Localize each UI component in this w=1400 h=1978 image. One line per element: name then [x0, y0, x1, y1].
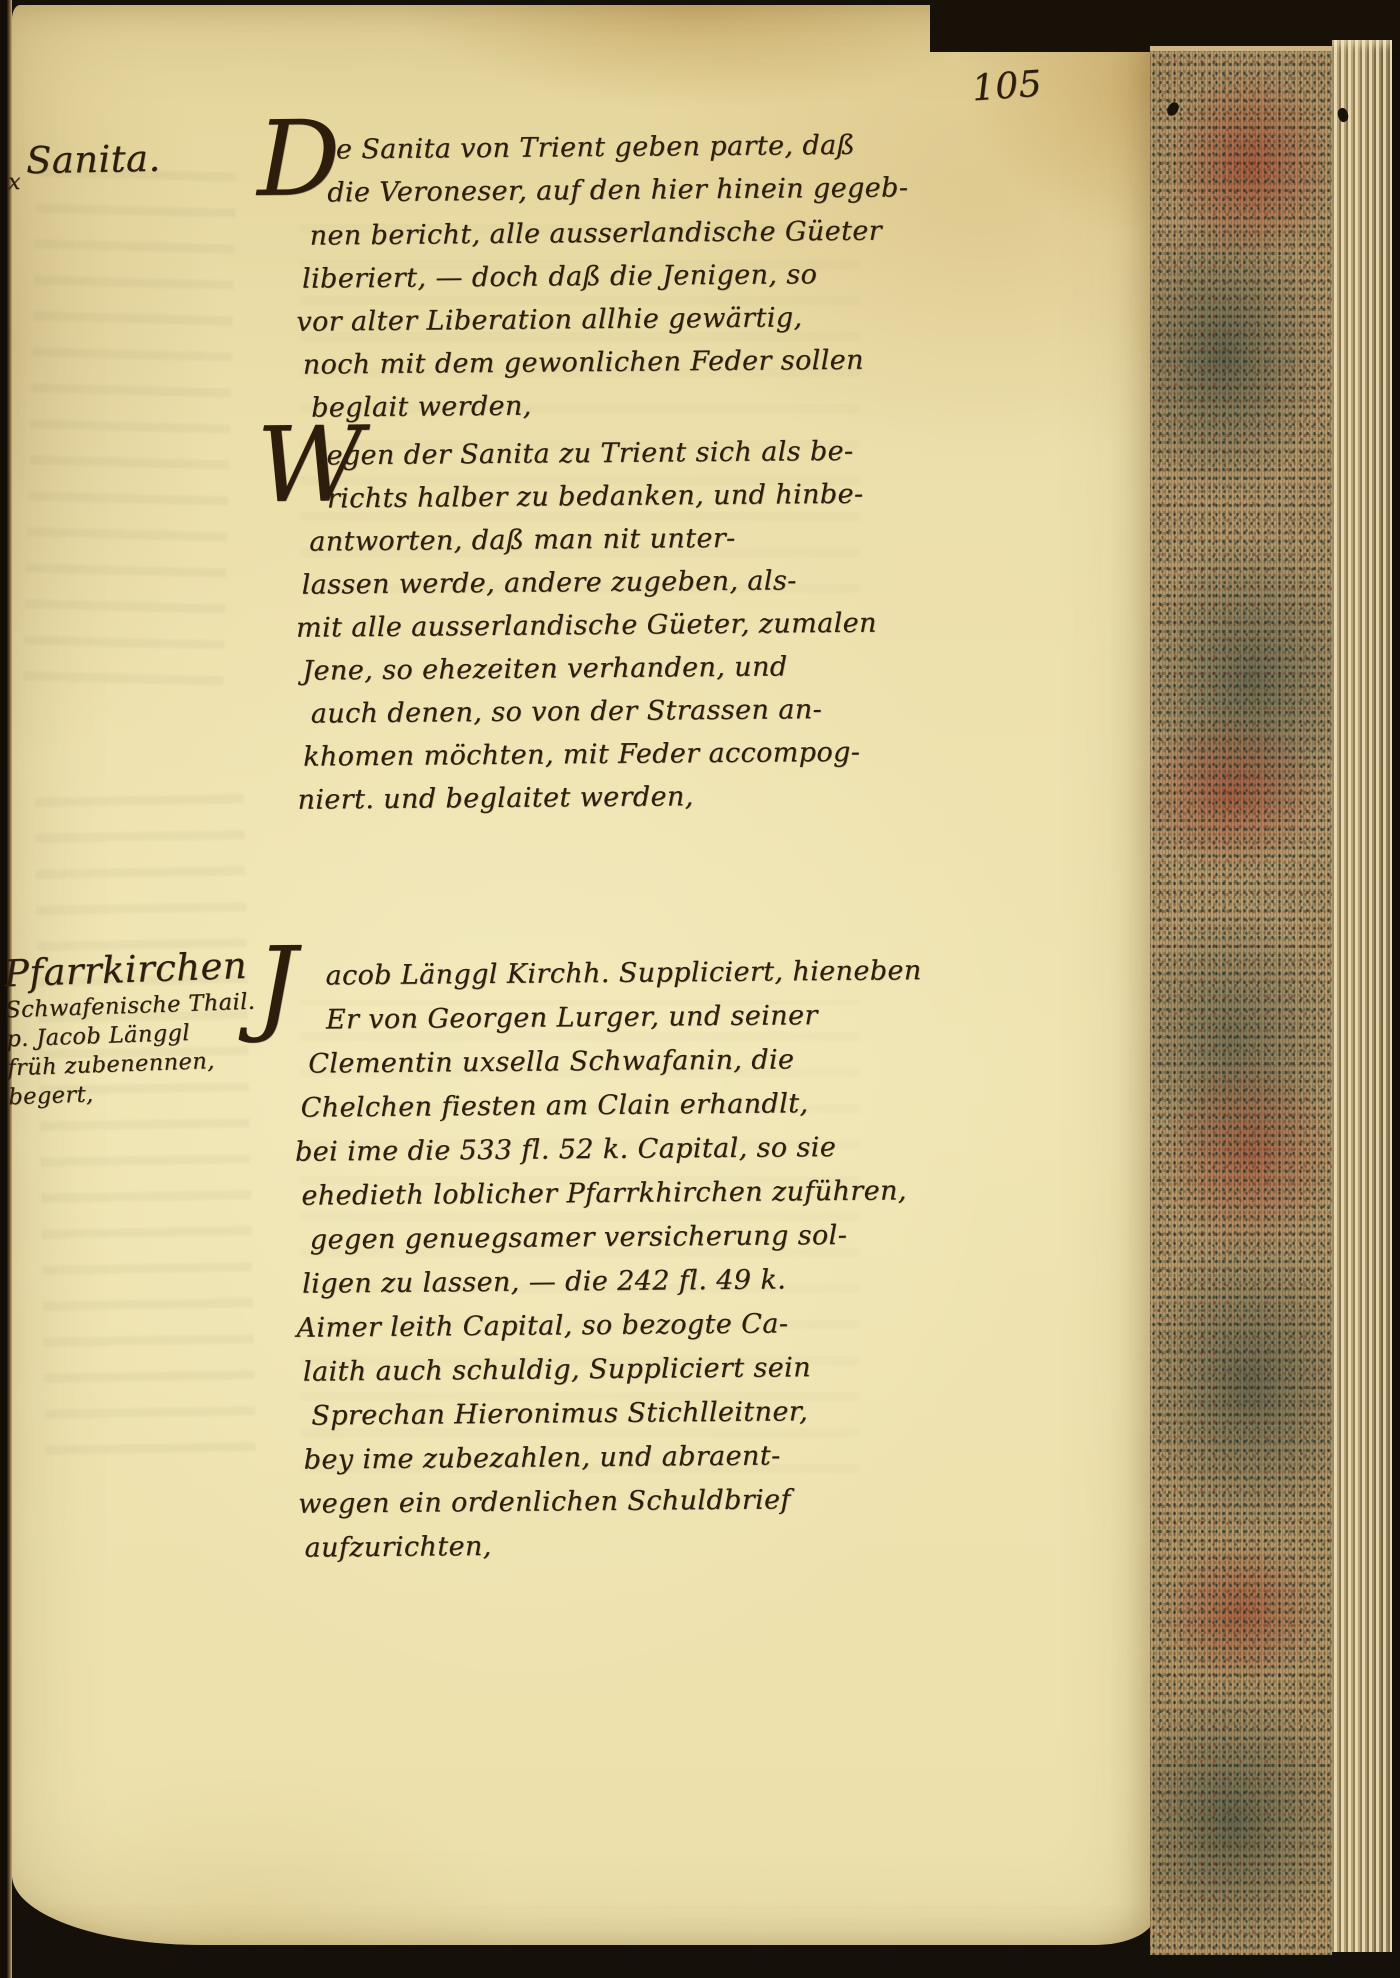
page-edges-strip: [1332, 40, 1392, 1952]
text-line: niert. und beglaitet werden,: [297, 773, 922, 821]
text-line: Clementin uxsella Schwafanin, die: [308, 1037, 919, 1086]
text-line: mit alle ausserlandische Güeter, zumalen: [296, 601, 921, 649]
entry-paragraph-pfarrkirchen: J acob Länggl Kirchh. Suppliciert, hiene…: [293, 949, 923, 1570]
margin-note-sanita: Sanita.: [26, 137, 161, 182]
text-line: khomen möchten, mit Feder accompog-: [303, 730, 922, 778]
text-line: liberiert, — doch daß die Jenigen, so: [302, 252, 921, 300]
text-line: richts halber zu bedanken, und hinbe-: [301, 472, 920, 520]
text-line: wegen ein ordenlichen Schuldbrief: [298, 1477, 923, 1526]
text-line: ligen zu lassen, — die 242 fl. 49 k.: [302, 1257, 921, 1306]
text-line: bey ime zubezahlen, und abraent-: [304, 1433, 923, 1482]
text-line: acob Länggl Kirchh. Suppliciert, hienebe…: [293, 949, 918, 998]
text-line: ie Sanita von Trient geben parte, daß: [295, 123, 920, 171]
text-line: Chelchen fiesten am Clain erhandlt,: [300, 1081, 919, 1130]
text-line: ehedieth loblicher Pfarrkhirchen zuführe…: [301, 1169, 920, 1218]
margin-note-pfarrkirchen: Pfarrkirchen Schwafenische Thail. p. Jac…: [3, 944, 258, 1113]
drop-cap-initial: J: [255, 948, 322, 1021]
text-line: egen der Sanita zu Trient sich als be-: [294, 429, 919, 477]
drop-cap-initial: W: [256, 428, 323, 501]
text-line: bei ime die 533 fl. 52 k. Capital, so si…: [295, 1125, 920, 1174]
text-line: die Veroneser, auf den hier hinein gegeb…: [301, 166, 920, 214]
margin-cross-mark: x: [8, 170, 21, 195]
text-line: aufzurichten,: [304, 1521, 923, 1570]
folio-number: 105: [971, 64, 1044, 110]
text-line: beglait werden,: [311, 381, 922, 429]
drop-cap-initial: D: [257, 122, 324, 195]
text-line: nen bericht, alle ausserlandische Güeter: [309, 209, 920, 257]
text-line: laith auch schuldig, Suppliciert sein: [303, 1345, 922, 1394]
background-top-shadow: [930, 0, 1400, 52]
text-line: lassen werde, andere zugeben, als-: [301, 558, 920, 606]
text-line: antworten, daß man nit unter-: [309, 515, 920, 563]
text-line: Aimer leith Capital, so bezogte Ca-: [296, 1301, 921, 1350]
text-line: auch denen, so von der Strassen an-: [311, 687, 922, 735]
book-fore-edge: [1150, 46, 1332, 1955]
text-line: Er von Georgen Lurger, und seiner: [300, 993, 919, 1042]
entry-paragraph-sanita-answer: W egen der Sanita zu Trient sich als be-…: [294, 429, 922, 821]
text-line: gegen genuegsamer versicherung sol-: [310, 1213, 921, 1262]
entry-paragraph-sanita-report: D ie Sanita von Trient geben parte, daß …: [295, 123, 923, 429]
text-line: Sprechan Hieronimus Stichlleitner,: [311, 1389, 922, 1438]
text-line: Jene, so ehezeiten verhanden, und: [302, 644, 921, 692]
text-line: vor alter Liberation allhie gewärtig,: [296, 295, 921, 343]
text-line: noch mit dem gewonlichen Feder sollen: [303, 338, 922, 386]
